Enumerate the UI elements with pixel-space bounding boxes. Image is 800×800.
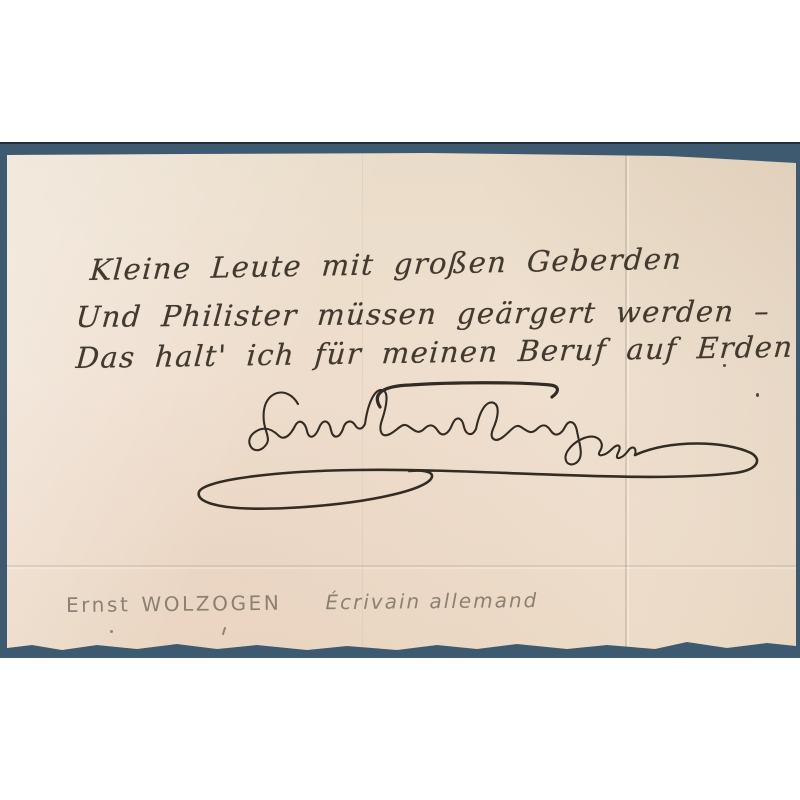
page: Kleine Leute mit großen Geberden Und Phi… — [0, 0, 800, 800]
annotation-author-name: Ernst WOLZOGEN — [66, 591, 282, 617]
manuscript-line-2: Und Philister müssen geärgert werden – — [75, 294, 772, 334]
ink-speck — [756, 393, 759, 397]
signature — [148, 380, 773, 518]
horizontal-fold-crease — [7, 565, 796, 567]
ink-speck — [723, 364, 726, 367]
pencil-tick — [222, 627, 226, 635]
annotation-description: Écrivain allemand — [325, 588, 538, 614]
curator-annotation: Ernst WOLZOGENÉcrivain allemand — [66, 588, 539, 617]
pencil-dot — [110, 630, 113, 633]
letter-paper: Kleine Leute mit großen Geberden Und Phi… — [7, 153, 796, 651]
letter-photo: Kleine Leute mit großen Geberden Und Phi… — [0, 142, 800, 658]
manuscript-line-3: Das halt' ich für meinen Beruf auf Erden… — [75, 329, 800, 375]
manuscript-line-1: Kleine Leute mit großen Geberden — [89, 242, 684, 287]
